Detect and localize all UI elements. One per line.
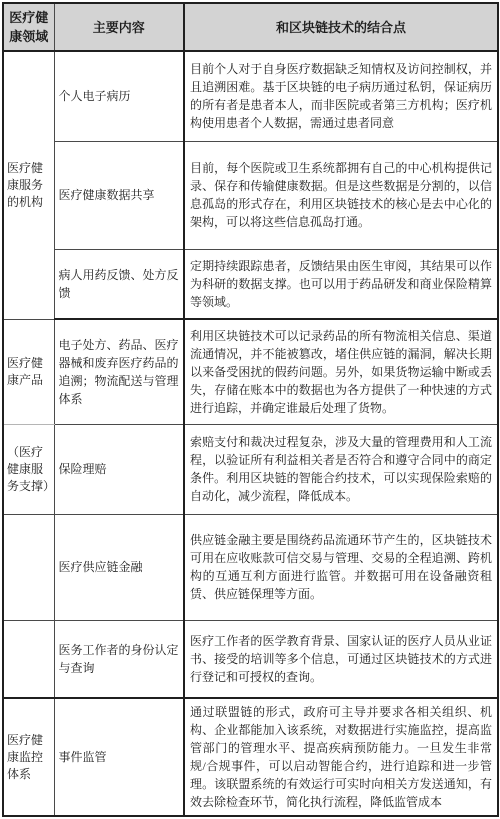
header-cell-content: 主要内容	[54, 3, 184, 51]
header-cell-field: 医疗健康领域	[3, 3, 54, 51]
table-row: 病人用药反馈、处方反馈 定期持续跟踪患者，反馈结果由医生审阅，其结果可以作为科研…	[3, 249, 498, 319]
cell-detail-data-sharing: 目前，每个医院或卫生系统都拥有自己的中心机构提供记录、保存和传输健康数据。但是这…	[184, 141, 498, 249]
cell-content-medication-feedback: 病人用药反馈、处方反馈	[54, 249, 184, 319]
cell-detail-practitioner-identity: 医疗工作者的医学教育背景、国家认证的医疗人员从业证书、接受的培训等多个信息，可通…	[184, 620, 498, 698]
field-group-empty-1	[3, 514, 54, 620]
cell-content-practitioner-identity: 医务工作者的身份认定与查询	[54, 620, 184, 698]
cell-detail-supply-chain-finance: 供应链金融主要是围绕药品流通环节产生的，区块链技术可用在应收账款可信交易与管理、…	[184, 514, 498, 620]
table-row: 医疗健康产品 电子处方、药品、医疗器械和废弃医疗药品的追溯；物流配送与管理体系 …	[3, 319, 498, 424]
cell-detail-traceability: 利用区块链技术可以记录药品的所有物流相关信息、渠道流通情况，并不能被篡改，堵住供…	[184, 319, 498, 424]
healthcare-blockchain-table: 医疗健康领域 主要内容 和区块链技术的结合点 医疗健康服务的机构 个人电子病历 …	[2, 2, 499, 817]
table-row: 医疗健康服务的机构 个人电子病历 目前个人对于自身医疗数据缺乏知情权及访问控制权…	[3, 51, 498, 141]
cell-content-insurance-claims: 保险理赔	[54, 424, 184, 514]
cell-content-data-sharing: 医疗健康数据共享	[54, 141, 184, 249]
cell-content-personal-ehr: 个人电子病历	[54, 51, 184, 141]
table-row: （医疗健康服务支撑） 保险理赔 索赔支付和裁决过程复杂，涉及大量的管理费用和人工…	[3, 424, 498, 514]
cell-detail-personal-ehr: 目前个人对于自身医疗数据缺乏知情权及访问控制权，并且追溯困难。基于区块链的电子病…	[184, 51, 498, 141]
table-header-row: 医疗健康领域 主要内容 和区块链技术的结合点	[3, 3, 498, 51]
field-group-monitoring-system: 医疗健康监控体系	[3, 698, 54, 816]
healthcare-blockchain-table-container: 医疗健康领域 主要内容 和区块链技术的结合点 医疗健康服务的机构 个人电子病历 …	[2, 2, 499, 817]
cell-content-supply-chain-finance: 医疗供应链金融	[54, 514, 184, 620]
cell-content-traceability: 电子处方、药品、医疗器械和废弃医疗药品的追溯；物流配送与管理体系	[54, 319, 184, 424]
field-group-empty-2	[3, 620, 54, 698]
cell-content-event-supervision: 事件监管	[54, 698, 184, 816]
field-group-institutions: 医疗健康服务的机构	[3, 51, 54, 319]
cell-detail-insurance-claims: 索赔支付和裁决过程复杂，涉及大量的管理费用和人工流程，以验证所有利益相关者是否符…	[184, 424, 498, 514]
header-cell-blockchain: 和区块链技术的结合点	[184, 3, 498, 51]
cell-detail-event-supervision: 通过联盟链的形式，政府可主导并要求各相关组织、机构、企业都能加入该系统，对数据进…	[184, 698, 498, 816]
table-row: 医疗健康监控体系 事件监管 通过联盟链的形式，政府可主导并要求各相关组织、机构、…	[3, 698, 498, 816]
table-row: 医务工作者的身份认定与查询 医疗工作者的医学教育背景、国家认证的医疗人员从业证书…	[3, 620, 498, 698]
field-group-service-support: （医疗健康服务支撑）	[3, 424, 54, 514]
table-row: 医疗健康数据共享 目前，每个医院或卫生系统都拥有自己的中心机构提供记录、保存和传…	[3, 141, 498, 249]
field-group-products: 医疗健康产品	[3, 319, 54, 424]
cell-detail-medication-feedback: 定期持续跟踪患者，反馈结果由医生审阅，其结果可以作为科研的数据支撑。也可以用于药…	[184, 249, 498, 319]
table-row: 医疗供应链金融 供应链金融主要是围绕药品流通环节产生的，区块链技术可用在应收账款…	[3, 514, 498, 620]
